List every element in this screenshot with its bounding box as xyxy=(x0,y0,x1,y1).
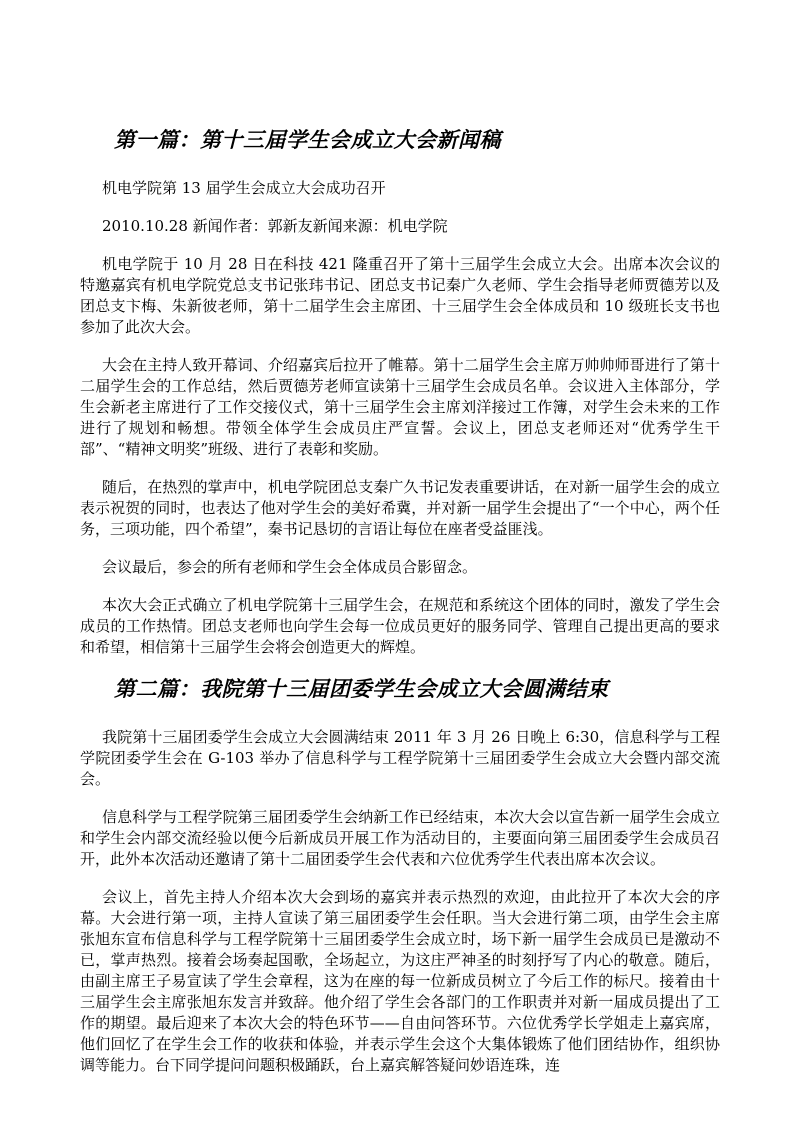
section-2-paragraph-3: 会议上，首先主持人介绍本次大会到场的嘉宾并表示热烈的欢迎，由此拉开了本次大会的序… xyxy=(80,887,720,1076)
section-news-release-1: 第一篇：第十三届学生会成立大会新闻稿 机电学院第 13 届学生会成立大会成功召开… xyxy=(80,126,720,658)
document-page: 第一篇：第十三届学生会成立大会新闻稿 机电学院第 13 届学生会成立大会成功召开… xyxy=(0,0,800,1132)
section-1-paragraph-1: 机电学院于 10 月 28 日在科技 421 隆重召开了第十三届学生会成立大会。… xyxy=(80,254,720,338)
section-1-byline: 2010.10.28 新闻作者：郭新友新闻来源：机电学院 xyxy=(80,216,720,237)
section-1-paragraph-4: 会议最后，参会的所有老师和学生会全体成员合影留念。 xyxy=(80,557,720,578)
section-1-paragraph-3: 随后，在热烈的掌声中，机电学院团总支秦广久书记发表重要讲话，在对新一届学生会的成… xyxy=(80,477,720,540)
section-news-release-2: 第二篇：我院第十三届团委学生会成立大会圆满结束 我院第十三届团委学生会成立大会圆… xyxy=(80,675,720,1076)
section-2-paragraph-2: 信息科学与工程学院第三届团委学生会纳新工作已经结束，本次大会以宣告新一届学生会成… xyxy=(80,807,720,870)
section-1-paragraph-5: 本次大会正式确立了机电学院第十三届学生会，在规范和系统这个团体的同时，激发了学生… xyxy=(80,595,720,658)
section-1-subtitle: 机电学院第 13 届学生会成立大会成功召开 xyxy=(80,178,720,199)
section-1-paragraph-2: 大会在主持人致开幕词、介绍嘉宾后拉开了帷幕。第十二届学生会主席万帅帅师哥进行了第… xyxy=(80,355,720,460)
section-2-paragraph-1: 我院第十三届团委学生会成立大会圆满结束 2011 年 3 月 26 日晚上 6:… xyxy=(80,727,720,790)
section-2-heading: 第二篇：我院第十三届团委学生会成立大会圆满结束 xyxy=(80,675,720,703)
section-1-heading: 第一篇：第十三届学生会成立大会新闻稿 xyxy=(80,126,720,154)
